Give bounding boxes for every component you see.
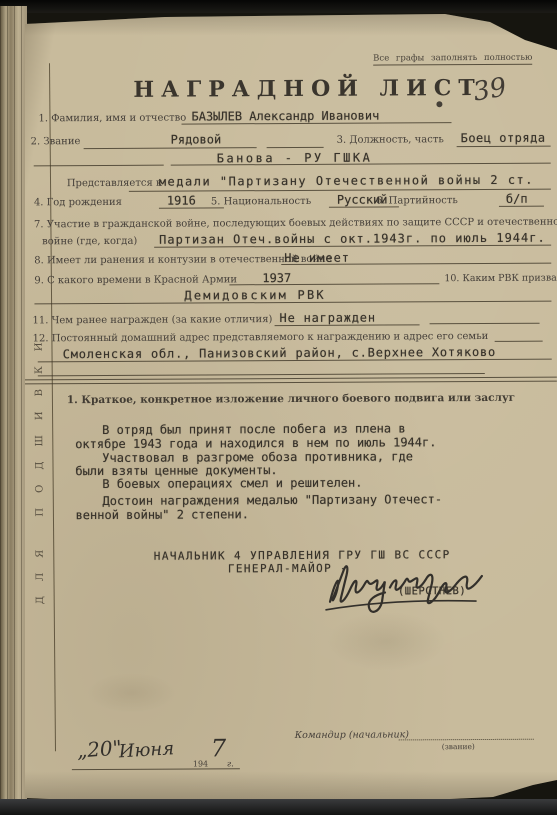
field-label-nationality: 5. Национальность bbox=[211, 196, 311, 208]
form-line bbox=[329, 206, 399, 207]
field-label-war-participation: 7. Участие в гражданской войне, последую… bbox=[34, 217, 557, 231]
handwritten-date-day: „20" bbox=[76, 735, 123, 762]
ink-dot bbox=[436, 101, 442, 107]
citation-line: Достоин награждения медалью "Партизану О… bbox=[102, 492, 442, 508]
fill-all-fields-note: Все графы заполнять полностью bbox=[373, 53, 532, 66]
signature-line bbox=[399, 738, 534, 741]
handwritten-year-digit: 7 bbox=[211, 734, 226, 762]
form-line bbox=[34, 301, 551, 305]
form-line bbox=[38, 373, 485, 376]
field-label-rank: 2. Звание bbox=[31, 136, 81, 147]
form-line bbox=[229, 283, 439, 285]
form-line bbox=[34, 165, 164, 167]
date-line bbox=[72, 768, 240, 770]
form-line bbox=[275, 324, 420, 326]
handwritten-page-number: 39 bbox=[471, 72, 509, 107]
photo-background-bottom bbox=[0, 799, 557, 815]
citation-heading: 1. Краткое, конкретное изложение личного… bbox=[60, 392, 522, 406]
form-line bbox=[182, 122, 452, 124]
citation-line: В боевых операциях смел и решителен. bbox=[102, 476, 362, 491]
handwritten-date-month: Июня bbox=[118, 738, 174, 762]
margin-rule bbox=[49, 63, 56, 751]
form-line bbox=[495, 341, 543, 342]
field-label-birth-year: 4. Год рождения bbox=[34, 197, 122, 208]
field-label-home-address: 12. Постоянный домашний адрес представля… bbox=[33, 331, 489, 344]
field-value-presented: медали "Партизану Отечественной войны 2 … bbox=[159, 173, 534, 189]
form-line bbox=[84, 147, 257, 149]
field-value-party: б/п bbox=[506, 192, 528, 206]
form-line bbox=[281, 263, 551, 265]
form-line bbox=[267, 147, 324, 148]
form-line bbox=[457, 146, 551, 147]
field-value-position: Боец отряда bbox=[461, 131, 546, 145]
scanned-award-document: Все графы заполнять полностью НАГРАДНОЙ … bbox=[0, 0, 557, 815]
document-page: Все графы заполнять полностью НАГРАДНОЙ … bbox=[25, 12, 557, 803]
field-label-army-since: 9. С какого времени в Красной Армии bbox=[34, 274, 237, 286]
field-value-rank: Рядовой bbox=[171, 132, 222, 146]
form-line bbox=[430, 323, 540, 325]
field-label-party: 6. Партийность bbox=[376, 195, 458, 206]
section-divider bbox=[25, 381, 557, 385]
form-line bbox=[129, 189, 551, 192]
field-label-presented: Представляется к bbox=[67, 178, 162, 189]
form-line bbox=[159, 207, 224, 208]
field-label-prior-awards: 11. Чем ранее награжден (за какие отличи… bbox=[33, 314, 273, 326]
photo-background-top bbox=[0, 0, 557, 13]
printed-year-prefix: 194 bbox=[193, 759, 208, 768]
field-label-position: 3. Должность, часть bbox=[337, 134, 444, 146]
paper-stain bbox=[86, 673, 176, 713]
signatory-surname: (ШЕРСТНЕВ) bbox=[398, 585, 466, 597]
field-label-drafted-by: 10. Каким РВК призван bbox=[444, 273, 557, 285]
citation-line: венной войны" 2 степени. bbox=[76, 507, 249, 522]
signature-autograph bbox=[318, 539, 493, 620]
field-value-prior-awards: Не награжден bbox=[279, 311, 375, 326]
commander-label: Командир (начальник) bbox=[295, 729, 409, 741]
form-line bbox=[499, 206, 544, 207]
document-title: НАГРАДНОЙ ЛИСТ bbox=[133, 75, 443, 103]
field-label-name: 1. Фамилия, имя и отчество bbox=[38, 113, 186, 125]
rank-hint-label: (звание) bbox=[442, 742, 475, 751]
field-value-drafted-by: Демидовским РВК bbox=[184, 288, 325, 303]
field-label-war-participation-cont: войне (где, когда) bbox=[42, 236, 137, 247]
page-binding-edge bbox=[0, 6, 27, 809]
field-value-birth-year: 1916 bbox=[167, 193, 196, 207]
paper-stain bbox=[326, 611, 446, 672]
field-value-name: БАЗЫЛЕВ Александр Иванович bbox=[191, 109, 379, 124]
